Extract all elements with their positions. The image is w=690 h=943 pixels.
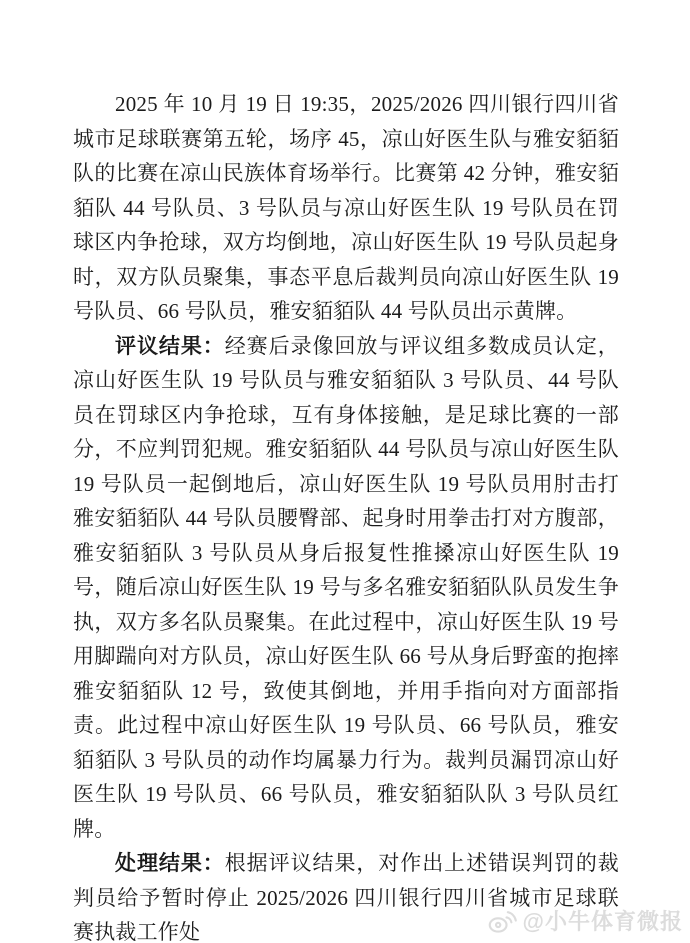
watermark: @小牛体育微报	[488, 905, 683, 936]
opening-paragraph: 2025 年 10 月 19 日 19:35，2025/2026 四川银行四川省…	[73, 87, 619, 329]
review-result-paragraph: 评议结果：经赛后录像回放与评议组多数成员认定，凉山好医生队 19 号队员与雅安貊…	[73, 329, 619, 847]
watermark-handle: @小牛体育微报	[523, 905, 683, 936]
handling-result-label: 处理结果：	[115, 851, 225, 875]
document-body: 2025 年 10 月 19 日 19:35，2025/2026 四川银行四川省…	[73, 87, 619, 943]
review-result-text: 经赛后录像回放与评议组多数成员认定，凉山好医生队 19 号队员与雅安貊貊队 3 …	[73, 334, 619, 841]
opening-paragraph-text: 2025 年 10 月 19 日 19:35，2025/2026 四川银行四川省…	[73, 92, 619, 323]
weibo-icon	[488, 908, 518, 934]
review-result-label: 评议结果：	[115, 334, 225, 358]
document-page: 2025 年 10 月 19 日 19:35，2025/2026 四川银行四川省…	[0, 0, 690, 943]
